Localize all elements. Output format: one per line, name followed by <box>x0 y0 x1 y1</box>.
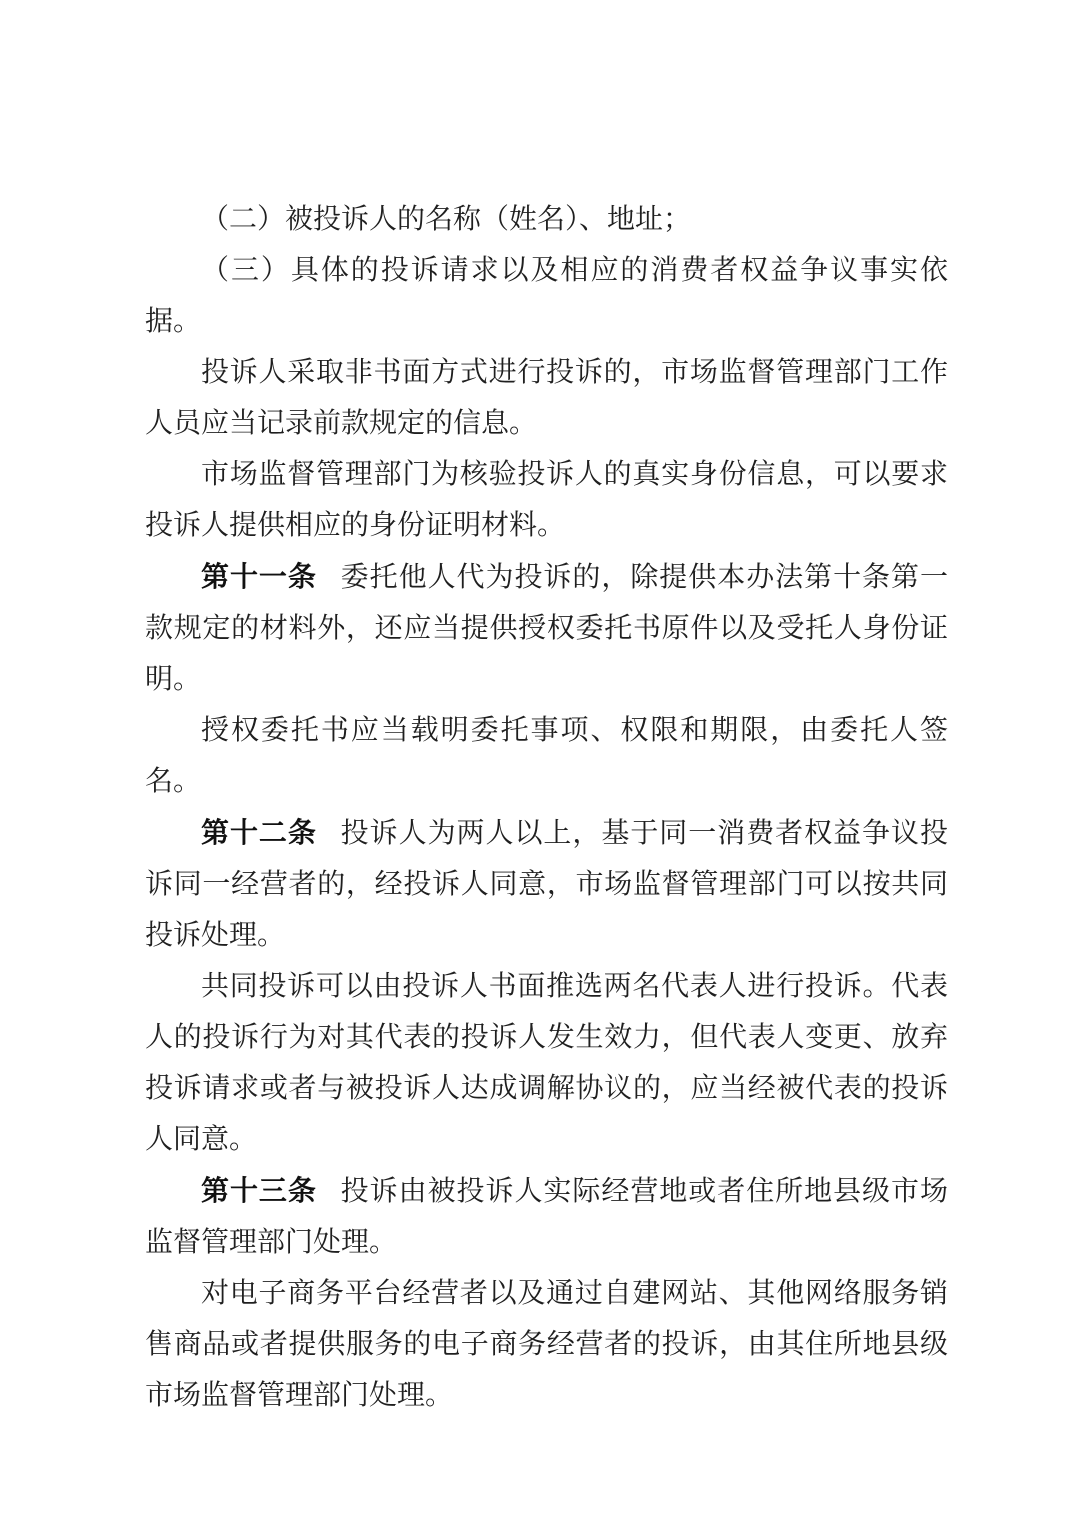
paragraph-text: 共同投诉可以由投诉人书面推选两名代表人进行投诉。代表人的投诉行为对其代表的投诉人… <box>145 971 948 1155</box>
paragraph: 共同投诉可以由投诉人书面推选两名代表人进行投诉。代表人的投诉行为对其代表的投诉人… <box>145 961 948 1165</box>
paragraph: 第十三条投诉由被投诉人实际经营地或者住所地县级市场监督管理部门处理。 <box>145 1165 948 1268</box>
document-page: （二）被投诉人的名称（姓名）、地址；（三）具体的投诉请求以及相应的消费者权益争议… <box>0 0 1074 1520</box>
paragraph-text: 市场监督管理部门为核验投诉人的真实身份信息，可以要求投诉人提供相应的身份证明材料… <box>145 459 948 541</box>
paragraph: （三）具体的投诉请求以及相应的消费者权益争议事实依据。 <box>145 245 948 347</box>
paragraph: （二）被投诉人的名称（姓名）、地址； <box>145 194 948 245</box>
paragraph-text: 投诉人采取非书面方式进行投诉的，市场监督管理部门工作人员应当记录前款规定的信息。 <box>145 357 948 439</box>
paragraph-text: （三）具体的投诉请求以及相应的消费者权益争议事实依据。 <box>145 255 948 337</box>
paragraph: 对电子商务平台经营者以及通过自建网站、其他网络服务销售商品或者提供服务的电子商务… <box>145 1268 948 1421</box>
paragraph: 市场监督管理部门为核验投诉人的真实身份信息，可以要求投诉人提供相应的身份证明材料… <box>145 449 948 551</box>
paragraph: 第十二条投诉人为两人以上，基于同一消费者权益争议投诉同一经营者的，经投诉人同意，… <box>145 807 948 961</box>
article-number: 第十二条 <box>201 817 317 848</box>
article-number: 第十三条 <box>201 1175 317 1206</box>
paragraph-text: （二）被投诉人的名称（姓名）、地址； <box>201 204 691 235</box>
paragraph-text: 对电子商务平台经营者以及通过自建网站、其他网络服务销售商品或者提供服务的电子商务… <box>145 1278 948 1411</box>
paragraph-text: 授权委托书应当载明委托事项、权限和期限，由委托人签名。 <box>145 715 948 797</box>
paragraph: 授权委托书应当载明委托事项、权限和期限，由委托人签名。 <box>145 705 948 807</box>
document-body: （二）被投诉人的名称（姓名）、地址；（三）具体的投诉请求以及相应的消费者权益争议… <box>145 194 948 1421</box>
article-number: 第十一条 <box>201 561 317 592</box>
paragraph: 第十一条委托他人代为投诉的，除提供本办法第十条第一款规定的材料外，还应当提供授权… <box>145 551 948 705</box>
paragraph: 投诉人采取非书面方式进行投诉的，市场监督管理部门工作人员应当记录前款规定的信息。 <box>145 347 948 449</box>
